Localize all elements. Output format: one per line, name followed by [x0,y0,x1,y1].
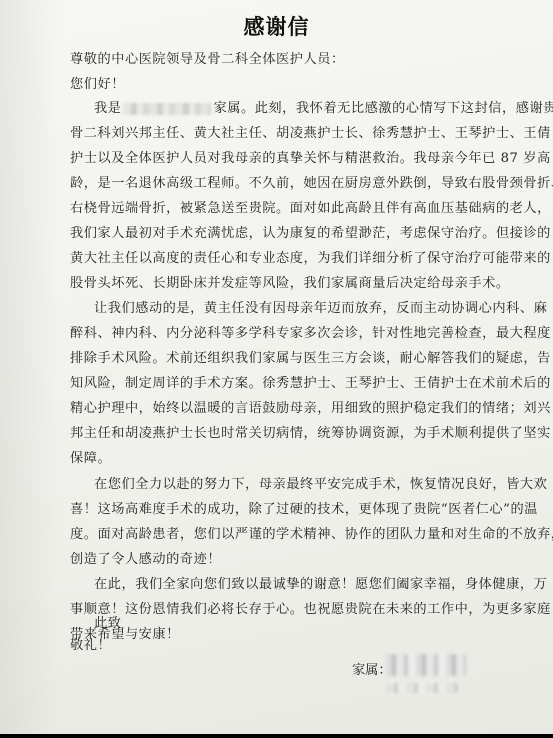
letter-page: 感谢信 尊敬的中心医院领导及骨二科全体医护人员： 您们好！ 我是家属。此刻，我怀… [0,0,553,734]
paragraph-line: 在此，我们全家向您们致以最诚挚的谢意！愿您们阖家幸福，身体健康，万 [94,577,485,593]
paragraph-line: 护士以及全体医护人员对我母亲的真挚关怀与精湛救治。我母亲今年已 87 岁高 [70,151,485,167]
paragraph-line: 醉科、神内科、内分泌科等多学科专家多次会诊，针对性地完善检查，最大程度 [70,326,485,342]
closing-phrase: 此致 [94,616,485,632]
line-suffix: 家属。此刻，我怀着无比感激的心情写下这封信，感谢贵院 [213,101,553,116]
paragraph-line: 让我们感动的是，黄主任没有因母亲年迈而放弃，反而主动协调心内科、麻 [94,301,485,317]
paragraph-line: 龄，是一名退休高级工程师。不久前，她因在厨房意外跌倒，导致右股骨颈骨折、 [70,176,485,192]
redacted-date [386,683,458,693]
redacted-name [123,103,211,115]
closing-salute: 敬礼！ [70,638,485,654]
paragraph-line: 我们家人最初对手术充满忧虑，认为康复的希望渺茫，考虑保守治疗。但接诊的 [70,226,485,242]
paragraph-line: 知风险，制定周详的手术方案。徐秀慧护士、王琴护士、王倩护士在术前术后的 [70,376,485,392]
paragraph-line: 精心护理中，始终以温暖的言语鼓励母亲，用细致的照护稳定我们的情绪；刘兴 [70,401,485,417]
paragraph-line: 创造了令人感动的奇迹！ [70,552,485,568]
paragraph-line: 股骨头坏死、长期卧床并发症等风险，我们家属商量后决定给母亲手术。 [70,276,485,292]
greeting: 您们好！ [70,77,485,93]
paragraph-line: 保障。 [70,451,485,467]
paragraph-line: 在您们全力以赴的努力下，母亲最终平安完成手术，恢复情况良好，皆大欢 [94,477,485,493]
paragraph-line: 喜！这场高难度手术的成功，除了过硬的技术，更体现了贵院“医者仁心”的温 [70,502,485,518]
line-prefix: 我是 [94,101,121,116]
paragraph-line: 度。面对高龄患者，您们以严谨的学术精神、协作的团队力量和对生命的不放弃， [70,527,485,543]
letter-title: 感谢信 [0,11,553,41]
paragraph-line: 右桡骨远端骨折，被紧急送至贵院。面对如此高龄且伴有高血压基础病的老人， [70,201,485,217]
paragraph-line: 黄大社主任以高度的责任心和专业态度，为我们详细分析了保守治疗可能带来的 [70,251,485,267]
paragraph-line: 骨二科刘兴邦主任、黄大社主任、胡凌燕护士长、徐秀慧护士、王琴护士、王倩 [70,126,485,142]
paragraph-line: 邦主任和胡凌燕护士长也时常关切病情，统筹协调资源，为手术顺利提供了坚实 [70,426,485,442]
redacted-signature [386,654,466,676]
paragraph-line: 排除手术风险。术前还组织我们家属与医生三方会谈，耐心解答我们的疑虑，告 [70,351,485,367]
salutation: 尊敬的中心医院领导及骨二科全体医护人员： [70,52,485,68]
paragraph-line: 我是家属。此刻，我怀着无比感激的心情写下这封信，感谢贵院 [94,101,485,117]
